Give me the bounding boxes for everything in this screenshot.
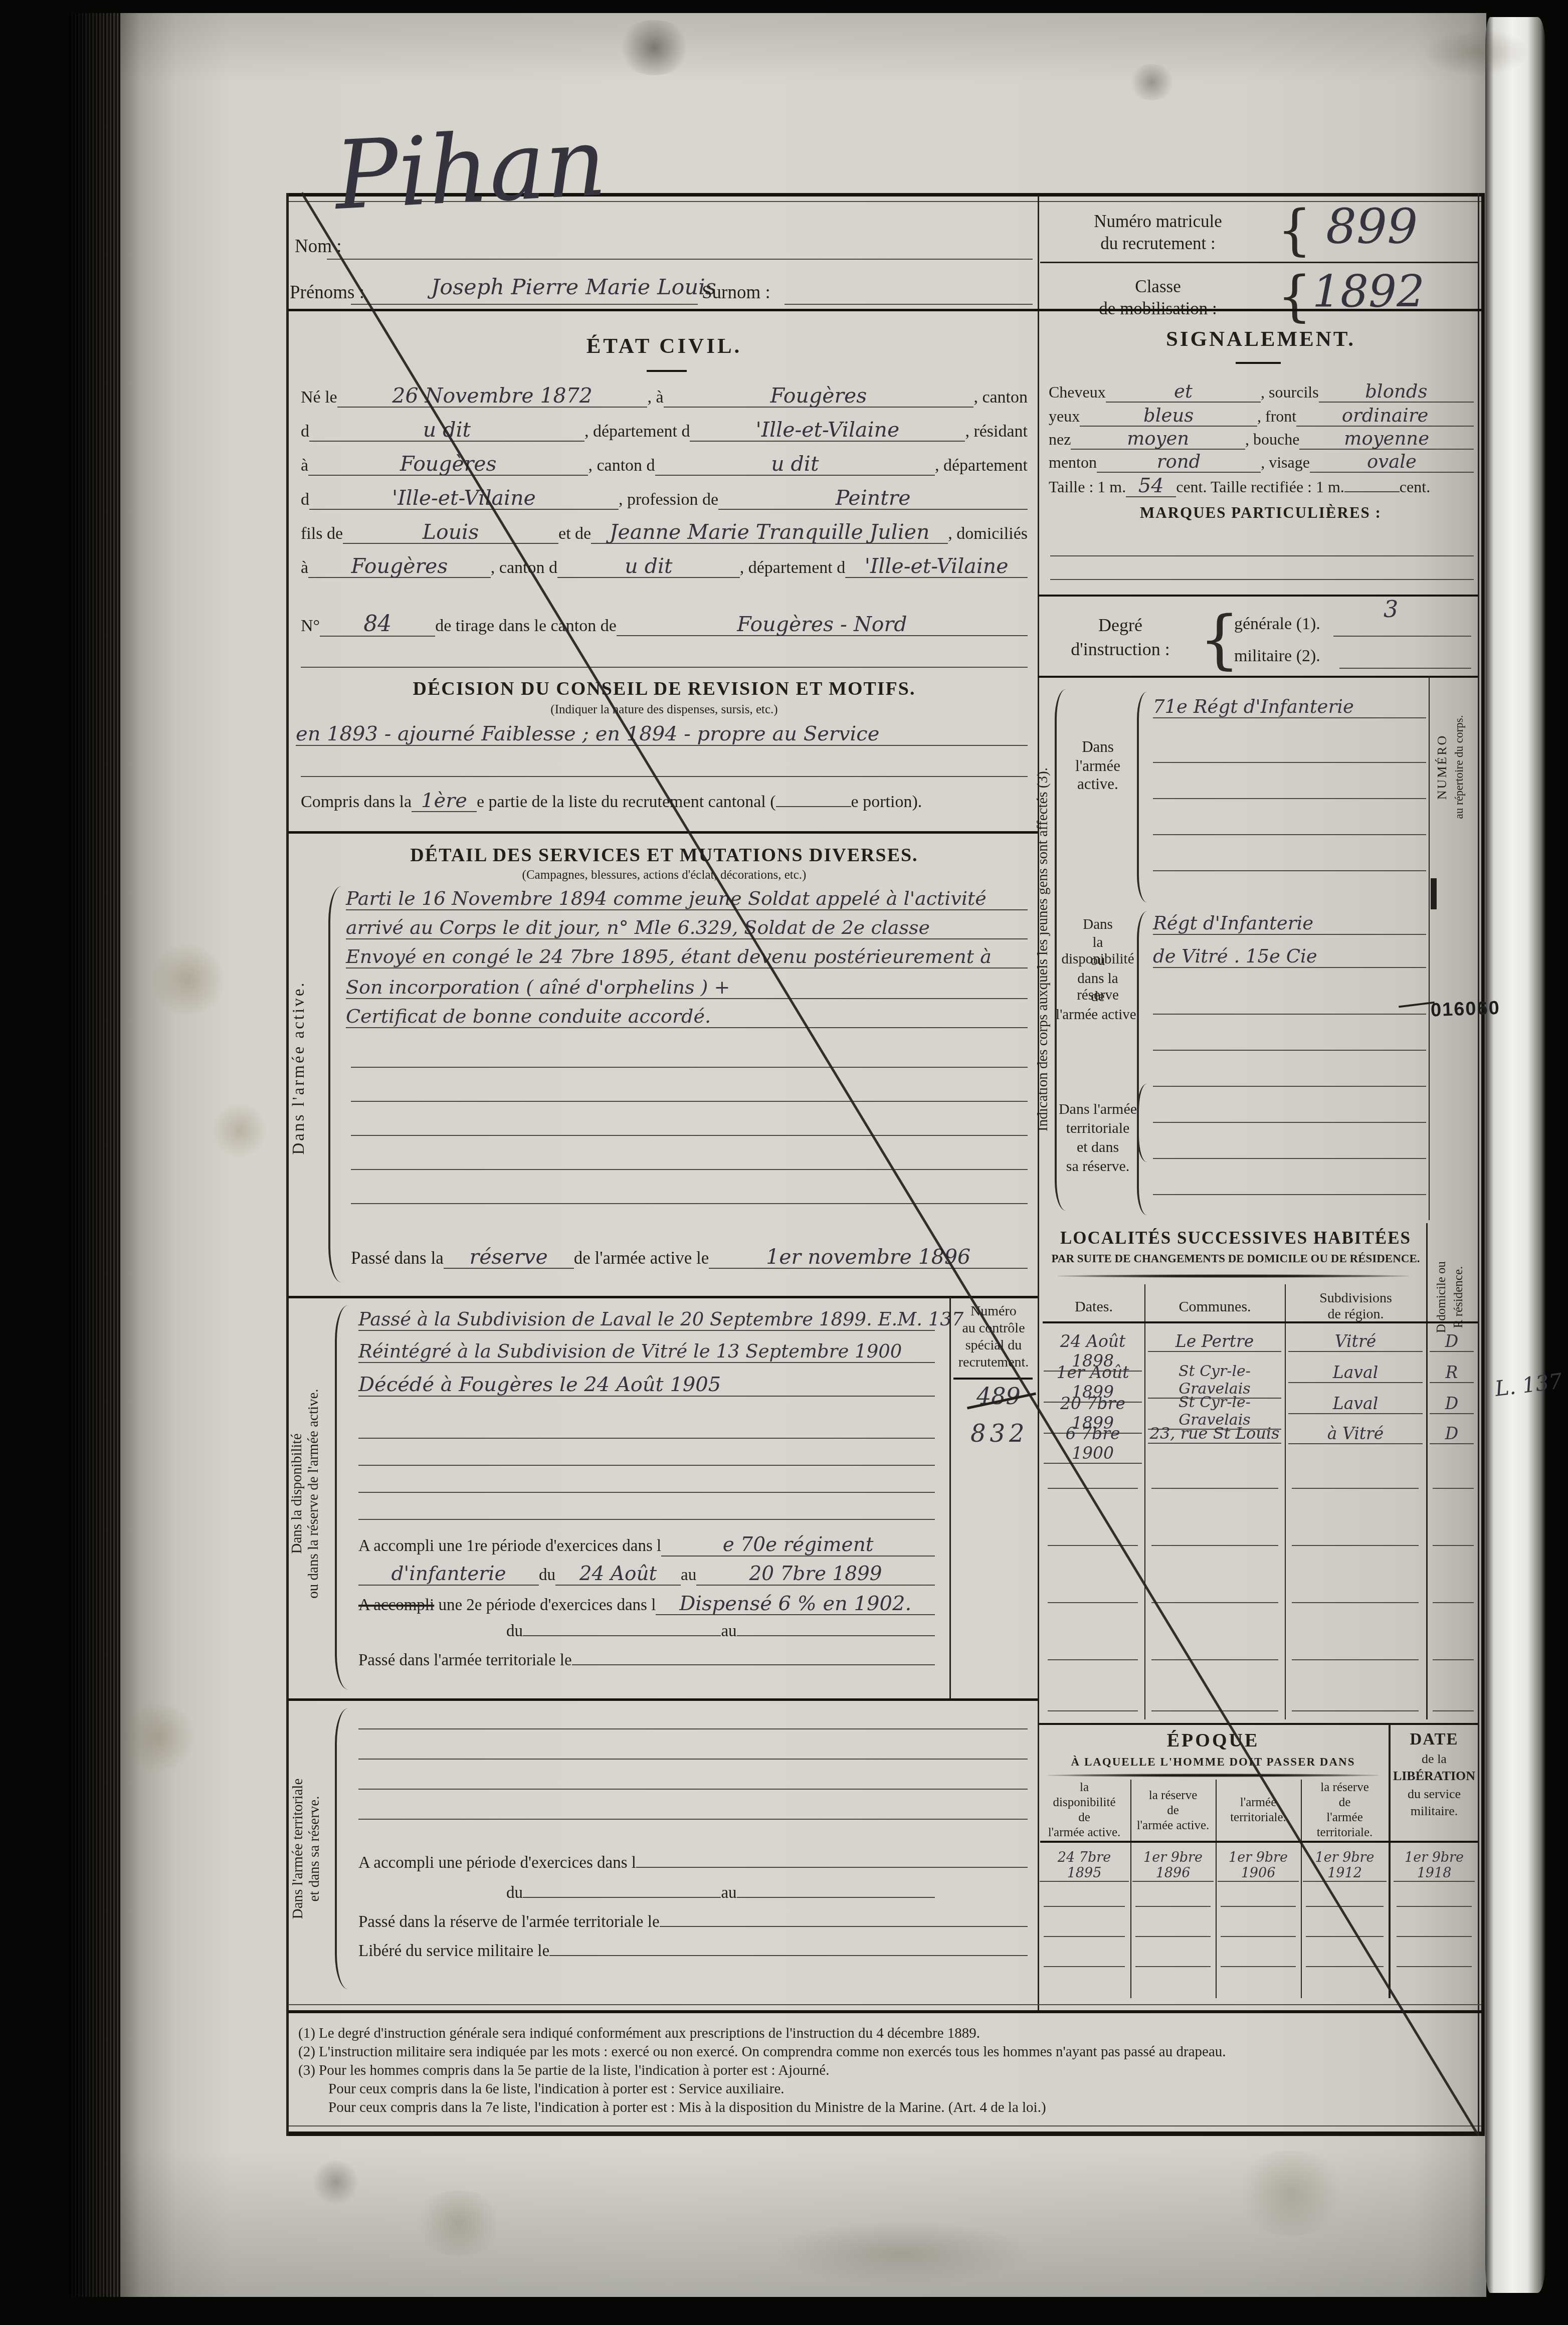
section-brace [328, 886, 343, 1282]
form-border-bottom [286, 2132, 1484, 2136]
field-firstnames: Joseph Pierre Marie Louis [431, 275, 716, 300]
repertoire-label-2: au répertoire du corps. [1453, 682, 1466, 852]
field-periode1-corps2: d'infanterie [358, 1564, 539, 1586]
date-lib-5: militaire. [1392, 1804, 1477, 1819]
ruled-line [1292, 1602, 1419, 1603]
label-cent: cent. [1400, 478, 1430, 496]
label: , profession de [619, 490, 718, 509]
stain [772, 2221, 1033, 2286]
ruled-line [351, 1169, 1028, 1170]
ruled-line [358, 1519, 935, 1520]
label: fils de [301, 524, 343, 543]
field-cheveux: et [1106, 382, 1261, 403]
label: et de [558, 524, 591, 543]
ruled-line [1048, 1710, 1138, 1711]
label-front: , front [1257, 407, 1296, 426]
field-parents-place: Fougères [308, 555, 491, 578]
label-nez: nez [1049, 430, 1071, 449]
field-corps-reserve-1: Régt d'Infanterie [1153, 913, 1426, 935]
controle-label-3: spécial du [951, 1337, 1036, 1353]
field-decision: en 1893 - ajourné Faiblesse ; en 1894 - … [296, 723, 1028, 746]
margin-tick [1431, 878, 1437, 909]
swash-divider [1048, 1774, 1379, 1777]
services-subtitle: (Campagnes, blessures, actions d'éclat, … [301, 868, 1028, 882]
label: à [301, 456, 308, 475]
section-rule [1038, 1723, 1478, 1725]
decision-title: DÉCISION DU CONSEIL DE REVISION ET MOTIF… [301, 678, 1028, 700]
ruled-line [1221, 1966, 1296, 1967]
signalement-title: SIGNALEMENT. [1048, 327, 1474, 351]
localites-title: LOCALITÉS SUCCESSIVES HABITÉES [1043, 1228, 1429, 1248]
ruled-line [1044, 1966, 1125, 1967]
label: au [721, 1622, 736, 1641]
col-header-subdivisions-1: Subdivisions [1286, 1290, 1426, 1306]
col-header-communes: Communes. [1145, 1298, 1284, 1315]
label-numero: N° [301, 617, 320, 636]
field-parents-departement: 'Ille-et-Vilaine [845, 555, 1028, 578]
stain [311, 2161, 361, 2204]
box-divider [949, 1297, 951, 1698]
col-header-dates: Dates. [1044, 1298, 1144, 1315]
field-corps-reserve-2: de Vitré . 15e Cie [1153, 946, 1426, 968]
label: Passé dans la réserve de l'armée territo… [358, 1913, 660, 1931]
ruled-line [1135, 1906, 1211, 1907]
field-bouche: moyenne [1299, 429, 1474, 450]
ruled-line [1050, 555, 1474, 556]
divider [1040, 262, 1478, 263]
ruled-line [1151, 1545, 1278, 1546]
ruled-line [301, 776, 1028, 777]
ruled-line [358, 1819, 1028, 1820]
epoque-col3: l'armée [1217, 1796, 1300, 1810]
label-taille-rectifiee: cent. Taille rectifiée : 1 m. [1176, 478, 1344, 496]
label-tirage: de tirage dans le canton de [435, 617, 617, 636]
side-label-line: ou dans la réserve de l'armée active. [305, 1302, 322, 1685]
ruled-line [1048, 1488, 1138, 1489]
brace: { [1277, 204, 1312, 258]
field-residence-canton: u dit [655, 453, 935, 476]
label: Né le [301, 388, 337, 407]
blank-field [636, 1867, 1028, 1868]
epoque-col2: de [1131, 1804, 1215, 1818]
ruled-line [1339, 668, 1471, 669]
field-birth-departement: 'Ille-et-Vilaine [690, 419, 965, 442]
degre-label-1: Degré [1053, 615, 1188, 636]
form-border-right-inner [1478, 193, 1479, 2136]
epoque-col2: l'armée active. [1131, 1819, 1215, 1833]
label: de l'armée active le [574, 1248, 709, 1268]
footnote-4: Pour ceux compris dans la 6e liste, l'in… [328, 2081, 1471, 2097]
side-label-territoriale: Dans l'armée territoriale et dans sa rés… [290, 1703, 323, 1994]
col-header-subdivisions-2: de région. [1286, 1306, 1426, 1322]
label: , résidant [965, 422, 1028, 441]
field-birth-date: 26 Novembre 1872 [337, 385, 648, 408]
label: une 2e période d'exercices dans l [434, 1596, 656, 1615]
row-brace [1137, 692, 1147, 902]
ruled-line [1153, 1050, 1426, 1051]
ruled-line [1153, 1086, 1426, 1087]
margin-divider [1429, 676, 1430, 1220]
stain [1128, 64, 1176, 100]
field-residence-place: Fougères [308, 453, 588, 476]
blank-field [523, 1635, 721, 1636]
stain [124, 1699, 194, 1775]
table-header-rule [1040, 1841, 1478, 1843]
label: , département d [740, 558, 846, 577]
label-cheveux: Cheveux [1049, 383, 1106, 402]
label: du [539, 1566, 555, 1585]
label-sourcils: , sourcils [1261, 383, 1319, 402]
ruled-line [1292, 1710, 1419, 1711]
corps-r3-label3: et dans [1056, 1139, 1140, 1156]
label-bouche: , bouche [1245, 430, 1299, 449]
footnote-1: (1) Le degré d'instruction générale sera… [298, 2025, 1471, 2042]
field-corps-active: 71e Régt d'Infanterie [1153, 697, 1426, 718]
epoque-col4: l'armée [1302, 1811, 1388, 1825]
footnote-rule-thin [288, 2004, 1481, 2005]
footnote-2: (2) L'instruction militaire sera indiqué… [298, 2044, 1481, 2060]
cell-subdivision: Laval [1288, 1394, 1423, 1414]
stain [1233, 2151, 1348, 2236]
title-dash [1236, 362, 1281, 364]
date-lib-2: de la [1392, 1752, 1477, 1767]
swash-divider [1058, 1274, 1409, 1278]
ruled-line [358, 1789, 1028, 1790]
ruled-line [1151, 1710, 1278, 1711]
field-taille: 54 [1126, 475, 1176, 497]
label: , domiciliés [948, 524, 1028, 543]
side-label-armee-active: Dans l'armée active. [290, 847, 308, 1288]
repertoire-label-1: NUMÉRO [1435, 682, 1450, 852]
ruled-line [351, 1135, 1028, 1136]
section-rule [288, 1296, 1038, 1298]
cell-dr: R [1430, 1363, 1474, 1383]
reserve-entry-1: Passé à la Subdivision de Laval le 20 Se… [358, 1309, 935, 1331]
ruled-line [1397, 1966, 1472, 1967]
form-border-right [1481, 193, 1485, 2136]
label: Libéré du service militaire le [358, 1942, 549, 1961]
decision-subtitle: (Indiquer la nature des dispenses, sursi… [301, 703, 1028, 717]
field-sourcils: blonds [1319, 382, 1474, 403]
section-brace [335, 1708, 350, 1989]
epoque-col1: l'armée active. [1039, 1826, 1130, 1840]
label: , canton [973, 388, 1028, 407]
cell-epoque-reserve: 1er 9bre 1896 [1132, 1850, 1214, 1882]
field-passe-dans: réserve [444, 1246, 574, 1269]
service-entry-1: Parti le 16 Novembre 1894 comme jeune So… [346, 888, 1028, 910]
blank-field [660, 1926, 1028, 1927]
ruled-line [1048, 1602, 1138, 1603]
service-entry-4: Son incorporation ( aîné d'orphelins ) + [346, 977, 1028, 999]
cell-dr: D [1430, 1331, 1474, 1352]
ruled-line [1306, 1966, 1384, 1967]
stain [1424, 28, 1529, 76]
label: au [721, 1884, 736, 1902]
ruled-line [1221, 1906, 1296, 1907]
scanned-register-photo: { "header": { "nom_label": "Nom :", "nom… [0, 0, 1568, 2325]
label: , département d [584, 422, 690, 441]
localites-subtitle: PAR SUITE DE CHANGEMENTS DE DOMICILE OU … [1043, 1252, 1429, 1265]
field-matricule-number: 899 [1326, 199, 1418, 255]
corps-rotated-label: Indication des corps auxquels les jeunes… [1035, 685, 1051, 1214]
stain [150, 942, 226, 1018]
ruled-line [1221, 1936, 1296, 1937]
field-residence-departement: 'Ille-et-Vilaine [309, 487, 619, 510]
field-degre-generale: 3 [1384, 596, 1398, 623]
ruled-line [1153, 1122, 1426, 1123]
field-front: ordinaire [1296, 406, 1474, 427]
stain [211, 1103, 268, 1158]
next-page-edge [1485, 17, 1545, 2293]
ruled-line [1135, 1966, 1211, 1967]
ruled-line [1292, 1488, 1419, 1489]
ruled-line [1151, 1659, 1278, 1660]
row-brace [1137, 1084, 1147, 1215]
ruled-line [1433, 1659, 1474, 1660]
matricule-label-line2: du recrutement : [1045, 234, 1271, 254]
brace: { [1277, 270, 1312, 324]
label: Passé dans la [351, 1248, 444, 1268]
epoque-col1: disponibilité [1039, 1796, 1130, 1810]
epoque-col4: territoriale. [1302, 1826, 1388, 1840]
label-menton: menton [1049, 453, 1097, 472]
ruled-line [1433, 1710, 1474, 1711]
controle-number: 832 [970, 1420, 1029, 1448]
label-taille: Taille : 1 m. [1049, 478, 1126, 496]
side-label-line: et dans sa réserve. [306, 1703, 323, 1994]
matricule-label-line1: Numéro matricule [1045, 212, 1271, 232]
ruled-line [358, 1465, 935, 1466]
cell-dr: D [1430, 1424, 1474, 1444]
ruled-line [351, 1101, 1028, 1102]
ruled-line [1292, 1545, 1419, 1546]
ruled-line [1292, 1659, 1419, 1660]
label: à [301, 558, 308, 577]
classe-label-line1: Classe [1045, 277, 1271, 297]
header-bottom-rule [288, 309, 1481, 311]
etat-civil-title: ÉTAT CIVIL. [301, 334, 1028, 358]
label: e partie de la liste du recrutement cant… [477, 793, 776, 812]
corps-r1-label1: Dans [1068, 738, 1128, 756]
field-profession: Peintre [718, 487, 1028, 510]
epoque-col4: de [1302, 1796, 1388, 1810]
ruled-line [1044, 1936, 1125, 1937]
controle-label-4: recrutement. [951, 1354, 1036, 1371]
corps-r2-label1: Dans [1068, 916, 1128, 933]
cell-epoque-territoriale: 1er 9bre 1906 [1218, 1850, 1299, 1882]
field-mother-name: Jeanne Marie Tranquille Julien [591, 521, 948, 544]
degre-militaire-label: militaire (2). [1234, 647, 1320, 666]
stain [617, 20, 692, 75]
section-rule [1038, 595, 1478, 597]
ruled-line [351, 304, 698, 305]
ruled-line [1044, 1906, 1125, 1907]
epoque-col2: la réserve [1131, 1789, 1215, 1803]
ruled-line [358, 1438, 935, 1439]
field-periode1-au: 20 7bre 1899 [696, 1564, 935, 1586]
ruled-line [1306, 1936, 1384, 1937]
services-title: DÉTAIL DES SERVICES ET MUTATIONS DIVERSE… [301, 844, 1028, 866]
ruled-line [1433, 1602, 1474, 1603]
degre-generale-label: générale (1). [1234, 615, 1320, 634]
corps-r1-label2: l'armée active. [1059, 757, 1137, 793]
corps-r3-label1: Dans l'armée [1056, 1101, 1140, 1118]
section-brace [335, 1305, 350, 1689]
table-divider [1389, 1724, 1391, 1998]
field-liste-partie: 1ère [412, 790, 477, 812]
cell-dr: D [1430, 1394, 1474, 1414]
field-tirage-canton: Fougères - Nord [617, 614, 1028, 636]
ruled-line [327, 259, 1033, 260]
ruled-line [351, 1203, 1028, 1204]
side-label-line: Dans la disponibilité [289, 1302, 305, 1685]
corps-r2-label3: ou [1068, 952, 1128, 969]
epoque-col1: la [1039, 1781, 1130, 1795]
corps-r3-label4: sa réserve. [1056, 1158, 1140, 1175]
field-menton: rond [1097, 452, 1261, 473]
cell-subdivision: Laval [1288, 1363, 1423, 1383]
title-dash [647, 370, 687, 372]
cell-liberation-date: 1er 9bre 1918 [1394, 1850, 1475, 1882]
ruled-line [1153, 1014, 1426, 1015]
footnote-5: Pour ceux compris dans la 7e liste, l'in… [328, 2099, 1471, 2116]
field-birth-place: Fougères [664, 385, 974, 408]
ruled-line [1433, 1545, 1474, 1546]
ruled-line [358, 1492, 935, 1493]
ruled-line [351, 1067, 1028, 1068]
controle-label-1: Numéro [951, 1303, 1036, 1319]
ruled-line [1397, 1936, 1472, 1937]
blank-field [776, 806, 851, 807]
label: , à [647, 388, 663, 407]
field-tirage-number: 84 [320, 613, 435, 637]
date-lib-1: DATE [1392, 1730, 1477, 1749]
label: A accompli une période d'exercices dans … [358, 1854, 636, 1872]
section-rule [288, 831, 1038, 834]
ruled-line [1135, 1936, 1211, 1937]
blank-field [549, 1955, 1028, 1956]
blank-field [737, 1635, 935, 1636]
label: d [301, 490, 309, 509]
degre-label-2: d'instruction : [1048, 639, 1193, 660]
label: d [301, 422, 309, 441]
ruled-line [301, 667, 1028, 668]
blank-field [1344, 491, 1400, 492]
date-lib-4: du service [1392, 1787, 1477, 1802]
ruled-line [785, 304, 1033, 305]
nickname-label: Surnom : [702, 282, 770, 303]
blank-field [737, 1897, 935, 1898]
ruled-line [1153, 1194, 1426, 1195]
blank-field [572, 1664, 935, 1665]
ruled-line [1048, 1545, 1138, 1546]
footnote-3: (3) Pour les hommes compris dans la 5e p… [298, 2062, 1471, 2079]
field-periode1-du: 24 Août [555, 1564, 681, 1586]
stain [411, 2191, 506, 2256]
cell-epoque-disponibilite: 24 7bre 1895 [1040, 1850, 1129, 1882]
ruled-line [1397, 1906, 1472, 1907]
label: du [506, 1884, 523, 1902]
ruled-line [1151, 1488, 1278, 1489]
label: Passé dans l'armée territoriale le [358, 1651, 572, 1670]
cell-subdivision: Vitré [1288, 1331, 1423, 1352]
corps-r3-label2: territoriale [1056, 1120, 1140, 1137]
repertoire-stamp-number: 016060 [1430, 998, 1500, 1022]
field-parents-canton: u dit [557, 555, 740, 578]
ruled-line [358, 1759, 1028, 1760]
field-periode1-corps: e 70e régiment [661, 1535, 935, 1557]
ruled-line [1153, 1158, 1426, 1159]
epoque-col1: de [1039, 1811, 1130, 1825]
firstnames-label: Prénoms : [290, 282, 364, 303]
label: , département [935, 456, 1028, 475]
field-passe-reserve-date: 1er novembre 1896 [709, 1246, 1028, 1269]
label-struck: A accompli [358, 1596, 434, 1615]
service-entry-3: Envoyé en congé le 24 7bre 1895, étant d… [346, 946, 1028, 968]
ruled-line [1153, 762, 1426, 763]
field-periode2-dispense: Dispensé 6 % en 1902. [656, 1593, 935, 1615]
ruled-line [1153, 834, 1426, 835]
side-label-line: Dans l'armée territoriale [290, 1703, 306, 1994]
table-divider [1144, 1284, 1145, 1719]
cell-commune: 23, rue St Louis [1148, 1424, 1281, 1444]
ruled-line [1433, 1488, 1474, 1489]
ruled-line [1153, 870, 1426, 871]
blank-field [523, 1897, 721, 1898]
corps-r2-label6: l'armée active. [1056, 1007, 1140, 1023]
ruled-line [1050, 579, 1474, 580]
label-yeux: yeux [1049, 407, 1080, 426]
field-surname-script: Pihan [332, 107, 609, 231]
cell-subdivision: à Vitré [1288, 1424, 1423, 1444]
ruled-line [1048, 1659, 1138, 1660]
epoque-title: ÉPOQUE [1043, 1729, 1384, 1752]
table-divider [1426, 1223, 1428, 1719]
form-border-bottom-inner [288, 2125, 1481, 2126]
date-lib-3: LIBÉRATION [1392, 1769, 1477, 1784]
service-entry-5: Certificat de bonne conduite accordé. [346, 1006, 1028, 1028]
field-yeux: bleus [1080, 406, 1257, 427]
section-rule [1038, 676, 1478, 678]
label: A accompli une 1re période d'exercices d… [358, 1537, 661, 1556]
service-entry-2: arrivé au Corps le dit jour, n° Mle 6.32… [346, 917, 1028, 939]
label: , canton d [588, 456, 655, 475]
ruled-line [1306, 1906, 1384, 1907]
label: Compris dans la [301, 793, 412, 812]
death-entry: Décédé à Fougères le 24 Août 1905 [358, 1374, 935, 1397]
epoque-col4: la réserve [1302, 1781, 1388, 1795]
field-father-name: Louis [343, 521, 558, 544]
ruled-line [1333, 636, 1471, 637]
cell-commune: Le Pertre [1148, 1331, 1281, 1352]
marques-label: MARQUES PARTICULIÈRES : [1048, 504, 1474, 522]
section-rule [288, 1698, 1038, 1701]
table-header-rule [1043, 1321, 1478, 1323]
epoque-subtitle: À LAQUELLE L'HOMME DOIT PASSER DANS [1043, 1756, 1384, 1769]
ruled-line [1151, 1602, 1278, 1603]
table-divider [1285, 1284, 1286, 1719]
corps-r2-label5: de [1068, 989, 1128, 1005]
ruled-line [1153, 798, 1426, 799]
footnote-rule-thick [288, 2010, 1481, 2013]
reserve-entry-2: Réintégré à la Subdivision de Vitré le 1… [358, 1341, 935, 1363]
label: du [506, 1622, 523, 1641]
field-nez: moyen [1071, 429, 1245, 450]
label-visage: , visage [1261, 453, 1310, 472]
ruled-line [358, 1728, 1028, 1729]
form-border-left [286, 193, 289, 2136]
label: e portion). [851, 793, 922, 812]
